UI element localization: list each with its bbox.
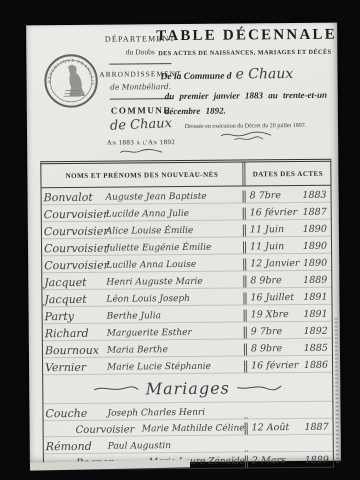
surname: Vernier xyxy=(43,361,107,375)
act-year: 1887 xyxy=(303,207,327,218)
given-names: Lucilde Anna Julie xyxy=(106,209,189,221)
given-names: Joseph Charles Henri xyxy=(107,407,205,419)
scanned-register-page: RÉPUBLIQUE FRANÇAISE DÉPARTEMENT du Doub… xyxy=(0,0,360,480)
page-subtitle: DES ACTES DE NAISSANCES, MARIAGES ET DÉC… xyxy=(156,49,333,58)
document-page: RÉPUBLIQUE FRANÇAISE DÉPARTEMENT du Doub… xyxy=(26,23,341,464)
act-year: 1891 xyxy=(303,309,327,320)
act-year: 1890 xyxy=(303,258,327,269)
surname: Bournoux xyxy=(43,344,107,358)
surname: Jacquet xyxy=(42,293,106,307)
act-date: 11 Juin xyxy=(250,224,284,235)
given-names: Maria Berthe xyxy=(107,345,168,357)
act-year: 1886 xyxy=(304,360,328,371)
flourish-underline xyxy=(119,148,163,154)
table-header-row: NOMS ET PRÉNOMS DES NOUVEAU-NÉS DATES DE… xyxy=(41,162,330,189)
act-year: 1889 xyxy=(303,275,327,286)
surname: Bonvalot xyxy=(42,191,106,205)
act-year: 1890 xyxy=(303,224,327,235)
given-names: Henri Auguste Marie xyxy=(106,277,202,289)
commune-line-printed: De la Commune d xyxy=(161,72,232,83)
commune-line: De la Commune de Chaux xyxy=(156,65,333,85)
decree-note: Dressée en exécution du Décret du 20 jui… xyxy=(157,123,334,131)
act-year: 1883 xyxy=(302,190,326,201)
given-names: Auguste Jean Baptiste xyxy=(106,192,207,204)
given-names: Lucille Anna Louise xyxy=(106,260,196,272)
act-date: 8 9bre xyxy=(251,343,282,354)
surname: Courvoisier xyxy=(42,259,106,273)
marriages-section-header: Mariages xyxy=(43,373,332,405)
act-date: 8 7bre xyxy=(250,190,281,201)
section-title: Mariages xyxy=(146,378,230,398)
header-right-column: TABLE DÉCENNALE DES ACTES DE NAISSANCES,… xyxy=(156,27,334,143)
act-date: 11 Juin xyxy=(250,241,284,252)
act-year: 1891 xyxy=(303,292,327,303)
act-date: 12 Août xyxy=(252,422,290,433)
act-date: 9 7bre xyxy=(251,326,282,337)
act-year: 1892 xyxy=(304,326,328,337)
surname: Courvoisier xyxy=(42,242,106,256)
records-table: NOMS ET PRÉNOMS DES NOUVEAU-NÉS DATES DE… xyxy=(40,159,334,471)
act-date: 19 Xbre xyxy=(251,309,289,320)
names-column-header: NOMS ET PRÉNOMS DES NOUVEAU-NÉS xyxy=(41,162,242,187)
given-names: Juliette Eugénie Émilie xyxy=(106,243,211,255)
flourish-right xyxy=(236,383,282,391)
act-year: 1887 xyxy=(304,422,328,433)
act-date: 16 février xyxy=(251,360,298,371)
flourish-left xyxy=(94,384,140,392)
act-date: 2 Mars xyxy=(252,455,286,466)
page-header: RÉPUBLIQUE FRANÇAISE DÉPARTEMENT du Doub… xyxy=(26,23,338,160)
given-names: Alice Louise Émilie xyxy=(106,226,194,238)
act-year: 1885 xyxy=(304,343,328,354)
period-line-1: du premier janvier 1883 au trente-et-un xyxy=(157,90,334,102)
printer-imprint xyxy=(335,318,339,463)
given-names: Berthe Julia xyxy=(107,311,161,322)
surname: Party xyxy=(43,310,107,324)
given-names: Marie Mathilde Céline xyxy=(142,423,245,435)
dates-column-header: DATES DES ACTES xyxy=(242,162,330,186)
surname: Richard xyxy=(43,327,107,341)
surname: Courvoisier xyxy=(42,225,106,239)
given-names: Paul Augustin xyxy=(108,441,171,453)
page-title: TABLE DÉCENNALE xyxy=(156,27,333,46)
given-names: Marguerite Esther xyxy=(107,328,192,340)
period-line-2: décembre 1892. xyxy=(157,105,334,117)
flourish-divider xyxy=(220,131,272,141)
given-names: Marie Lucie Stéphanie xyxy=(107,362,211,374)
given-names: Léon Louis Joseph xyxy=(106,294,190,306)
act-date: 12 Janvier xyxy=(250,258,299,269)
act-date: 8 9bre xyxy=(250,275,281,286)
act-date: 16 février xyxy=(250,207,297,218)
surname: Rémond xyxy=(44,439,108,453)
surname: Couche xyxy=(43,406,107,420)
commune-line-handwritten: e Chaux xyxy=(235,66,293,83)
surname: Jacquet xyxy=(42,276,106,290)
act-year: 1890 xyxy=(303,241,327,252)
act-year: 1889 xyxy=(305,455,329,466)
surname: Courvoisier xyxy=(74,424,142,436)
surname: Courvoisier xyxy=(42,208,106,222)
act-date: 16 Juillet xyxy=(250,292,294,303)
